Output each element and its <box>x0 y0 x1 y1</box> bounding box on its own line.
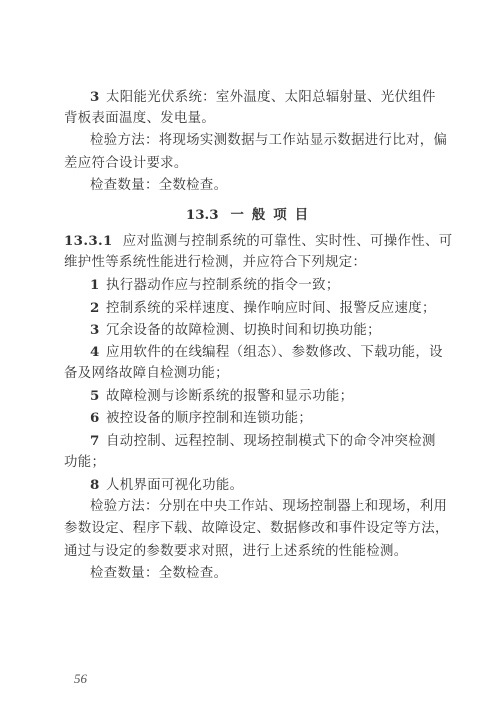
item-3-line-1: 3太阳能光伏系统：室外温度、太阳总辐射量、光伏组件 <box>64 86 438 108</box>
page-body: 3太阳能光伏系统：室外温度、太阳总辐射量、光伏组件 背板表面温度、发电量。 检验… <box>64 86 438 585</box>
clause-quantity-line: 检查数量：全数检查。 <box>64 563 438 585</box>
list-item-4-cont: 备及网络故障自检测功能； <box>64 363 438 385</box>
clause-method-line-2: 参数设定、程序下载、故障设定、数据修改和事件设定等方法， <box>64 518 438 540</box>
list-item-3: 3冗余设备的故障检测、切换时间和切换功能； <box>64 319 438 341</box>
quantity-line: 检查数量：全数检查。 <box>64 175 438 197</box>
method-line-2: 差应符合设计要求。 <box>64 153 438 175</box>
list-item-1: 1执行器动作应与控制系统的指令一致； <box>64 274 438 296</box>
list-item-7: 7自动控制、远程控制、现场控制模式下的命令冲突检测 <box>64 430 438 452</box>
list-item-6: 6被控设备的顺序控制和连锁功能； <box>64 407 438 429</box>
clause-line-1: 13.3.1应对监测与控制系统的可靠性、实时性、可操作性、可 <box>64 230 438 252</box>
list-item-7-cont: 功能； <box>64 452 438 474</box>
method-line-1: 检验方法：将现场实测数据与工作站显示数据进行比对，偏 <box>64 130 438 152</box>
clause-line-2: 维护性等系统性能进行检测，并应符合下列规定： <box>64 252 438 274</box>
page-number: 56 <box>74 671 87 687</box>
section-heading: 13.3一般项目 <box>64 200 438 230</box>
list-item-2: 2控制系统的采样速度、操作响应时间、报警反应速度； <box>64 297 438 319</box>
clause-method-line-1: 检验方法：分别在中央工作站、现场控制器上和现场，利用 <box>64 496 438 518</box>
list-item-5: 5故障检测与诊断系统的报警和显示功能； <box>64 385 438 407</box>
list-item-4: 4应用软件的在线编程（组态）、参数修改、下载功能，设 <box>64 341 438 363</box>
list-item-8: 8人机界面可视化功能。 <box>64 474 438 496</box>
clause-method-line-3: 通过与设定的参数要求对照，进行上述系统的性能检测。 <box>64 541 438 563</box>
item-3-line-2: 背板表面温度、发电量。 <box>64 108 438 130</box>
